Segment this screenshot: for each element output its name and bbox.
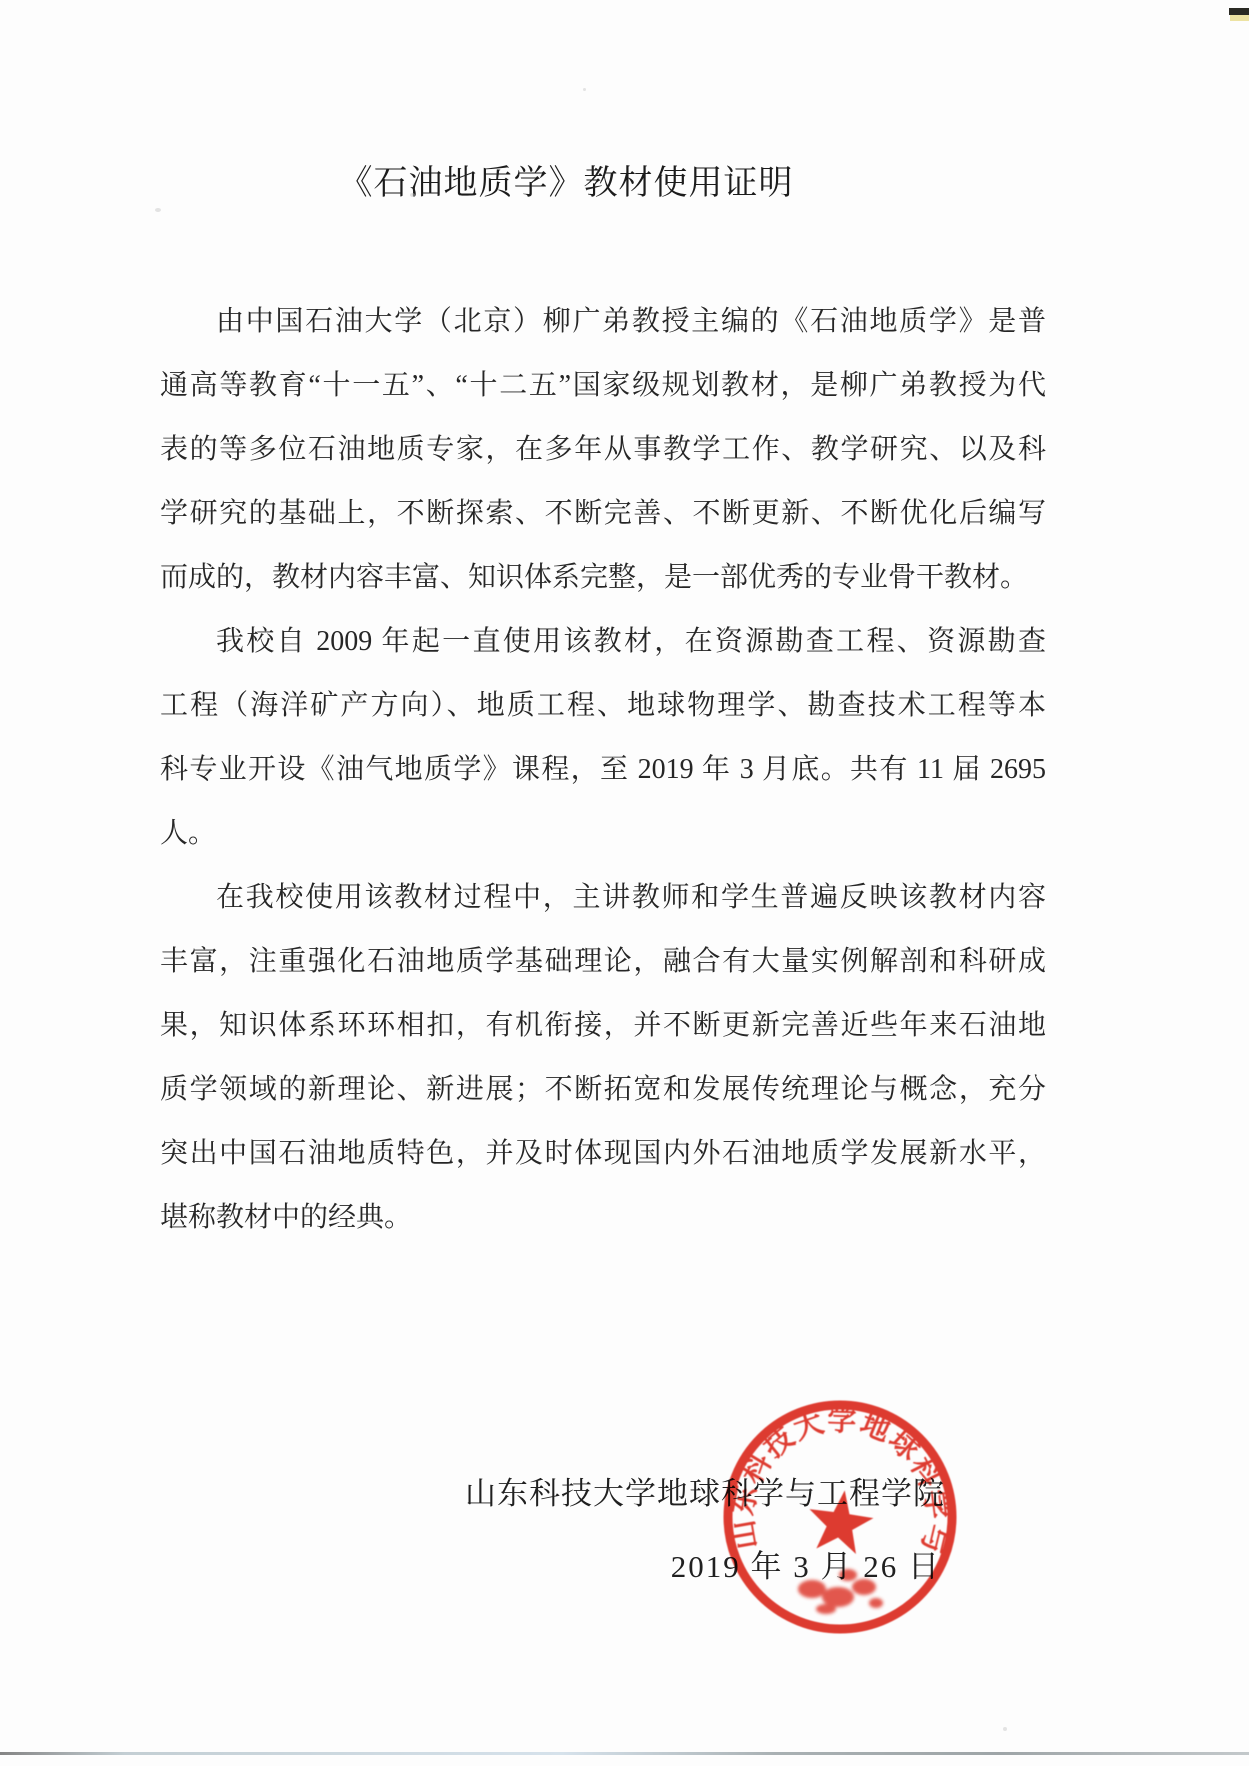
text-line: 堪称教材中的经典。 <box>160 1186 1046 1250</box>
text-line: 在我校使用该教材过程中，主讲教师和学生普遍反映该教材内容 <box>160 866 1046 930</box>
text-line: 工程（海洋矿产方向）、地质工程、地球物理学、勘查技术工程等本 <box>160 674 1046 738</box>
scan-speck <box>583 88 586 91</box>
paragraph: 在我校使用该教材过程中，主讲教师和学生普遍反映该教材内容丰富，注重强化石油地质学… <box>160 866 1046 1250</box>
text-line: 我校自 2009 年起一直使用该教材，在资源勘查工程、资源勘查 <box>160 610 1046 674</box>
paragraph: 由中国石油大学（北京）柳广弟教授主编的《石油地质学》是普通高等教育“十一五”、“… <box>160 290 1046 610</box>
text-line: 科专业开设《油气地质学》课程，至 2019 年 3 月底。共有 11 届 269… <box>160 738 1046 802</box>
seal-bottom-smudge <box>798 1569 883 1614</box>
seal-star-icon <box>804 1486 877 1556</box>
text-line: 通高等教育“十一五”、“十二五”国家级规划教材，是柳广弟教授为代 <box>160 354 1046 418</box>
red-seal-stamp-icon: 山东科技大学地球科学与工程学院 <box>710 1387 970 1647</box>
paragraph: 我校自 2009 年起一直使用该教材，在资源勘查工程、资源勘查工程（海洋矿产方向… <box>160 610 1046 866</box>
text-line: 学研究的基础上，不断探索、不断完善、不断更新、不断优化后编写 <box>160 482 1046 546</box>
body-paragraphs: 由中国石油大学（北京）柳广弟教授主编的《石油地质学》是普通高等教育“十一五”、“… <box>160 290 1046 1250</box>
scan-speck <box>1003 1727 1007 1731</box>
scan-speck <box>155 208 161 212</box>
text-line: 由中国石油大学（北京）柳广弟教授主编的《石油地质学》是普 <box>160 290 1046 354</box>
text-line: 表的等多位石油地质专家，在多年从事教学工作、教学研究、以及科 <box>160 418 1046 482</box>
scan-artifact-corner-dash <box>1229 8 1249 15</box>
text-line: 丰富，注重强化石油地质学基础理论，融合有大量实例解剖和科研成 <box>160 930 1046 994</box>
text-line: 而成的，教材内容丰富、知识体系完整，是一部优秀的专业骨干教材。 <box>160 546 1046 610</box>
text-line: 质学领域的新理论、新进展；不断拓宽和发展传统理论与概念，充分 <box>160 1058 1046 1122</box>
scanned-certificate-page: 《石油地质学》教材使用证明 由中国石油大学（北京）柳广弟教授主编的《石油地质学》… <box>0 0 1249 1766</box>
scan-artifact-corner-yellow <box>1230 15 1249 21</box>
text-line: 突出中国石油地质特色，并及时体现国内外石油地质学发展新水平， <box>160 1122 1046 1186</box>
document-title: 《石油地质学》教材使用证明 <box>0 163 1132 205</box>
scan-speck <box>410 193 415 197</box>
text-line: 人。 <box>160 802 1046 866</box>
scan-artifact-bottom-edge <box>0 1752 1249 1755</box>
text-line: 果，知识体系环环相扣，有机衔接，并不断更新完善近些年来石油地 <box>160 994 1046 1058</box>
